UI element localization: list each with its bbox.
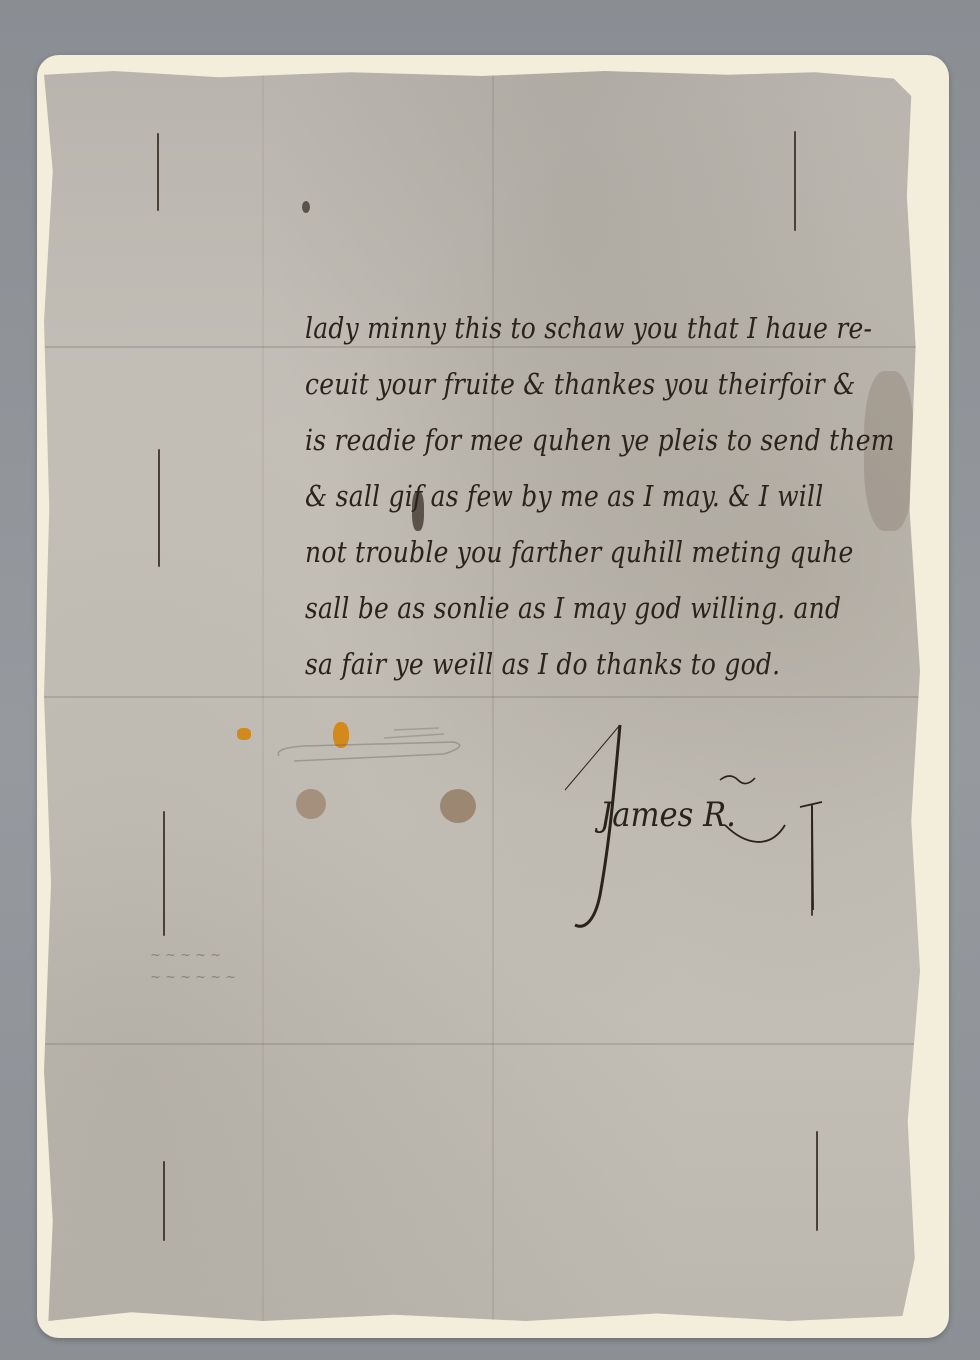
- faint-note: ~ ~ ~ ~ ~ ~: [150, 967, 236, 989]
- letter-line: sall be as sonlie as I may god willing. …: [305, 580, 830, 636]
- margin-mark: [794, 131, 796, 231]
- signature: James R.: [600, 795, 736, 835]
- margin-mark: [158, 449, 160, 567]
- fold-line: [262, 71, 264, 1321]
- fold-line: [44, 696, 920, 698]
- faint-scribble: [274, 726, 474, 786]
- letter-body: lady minny this to schaw you that I haue…: [305, 300, 915, 692]
- ink-blot: [302, 201, 310, 213]
- fold-line: [44, 1043, 920, 1045]
- letter-line: & sall gif as few by me as I may. & I wi…: [305, 468, 830, 524]
- letter-line: lady minny this to schaw you that I haue…: [305, 300, 830, 356]
- letter-line: is readie for mee quhen ye pleis to send…: [305, 412, 830, 468]
- letter-line: ceuit your fruite & thankes you theirfoi…: [305, 356, 830, 412]
- letter-sheet: [44, 71, 920, 1321]
- letter-line: sa fair ye weill as I do thanks to god.: [305, 636, 830, 692]
- wax-stain: [237, 728, 251, 740]
- margin-mark: [163, 1161, 165, 1241]
- water-stain: [440, 789, 476, 823]
- margin-mark: [157, 133, 159, 211]
- fold-line: [492, 71, 494, 1321]
- letter-line: not trouble you farther quhill meting qu…: [305, 524, 830, 580]
- faint-annotation: ~ ~ ~ ~ ~ ~ ~ ~ ~ ~ ~: [150, 945, 236, 989]
- water-stain: [296, 789, 326, 819]
- margin-mark: [816, 1131, 818, 1231]
- margin-mark: [163, 811, 165, 936]
- faint-note: ~ ~ ~ ~ ~: [150, 945, 236, 967]
